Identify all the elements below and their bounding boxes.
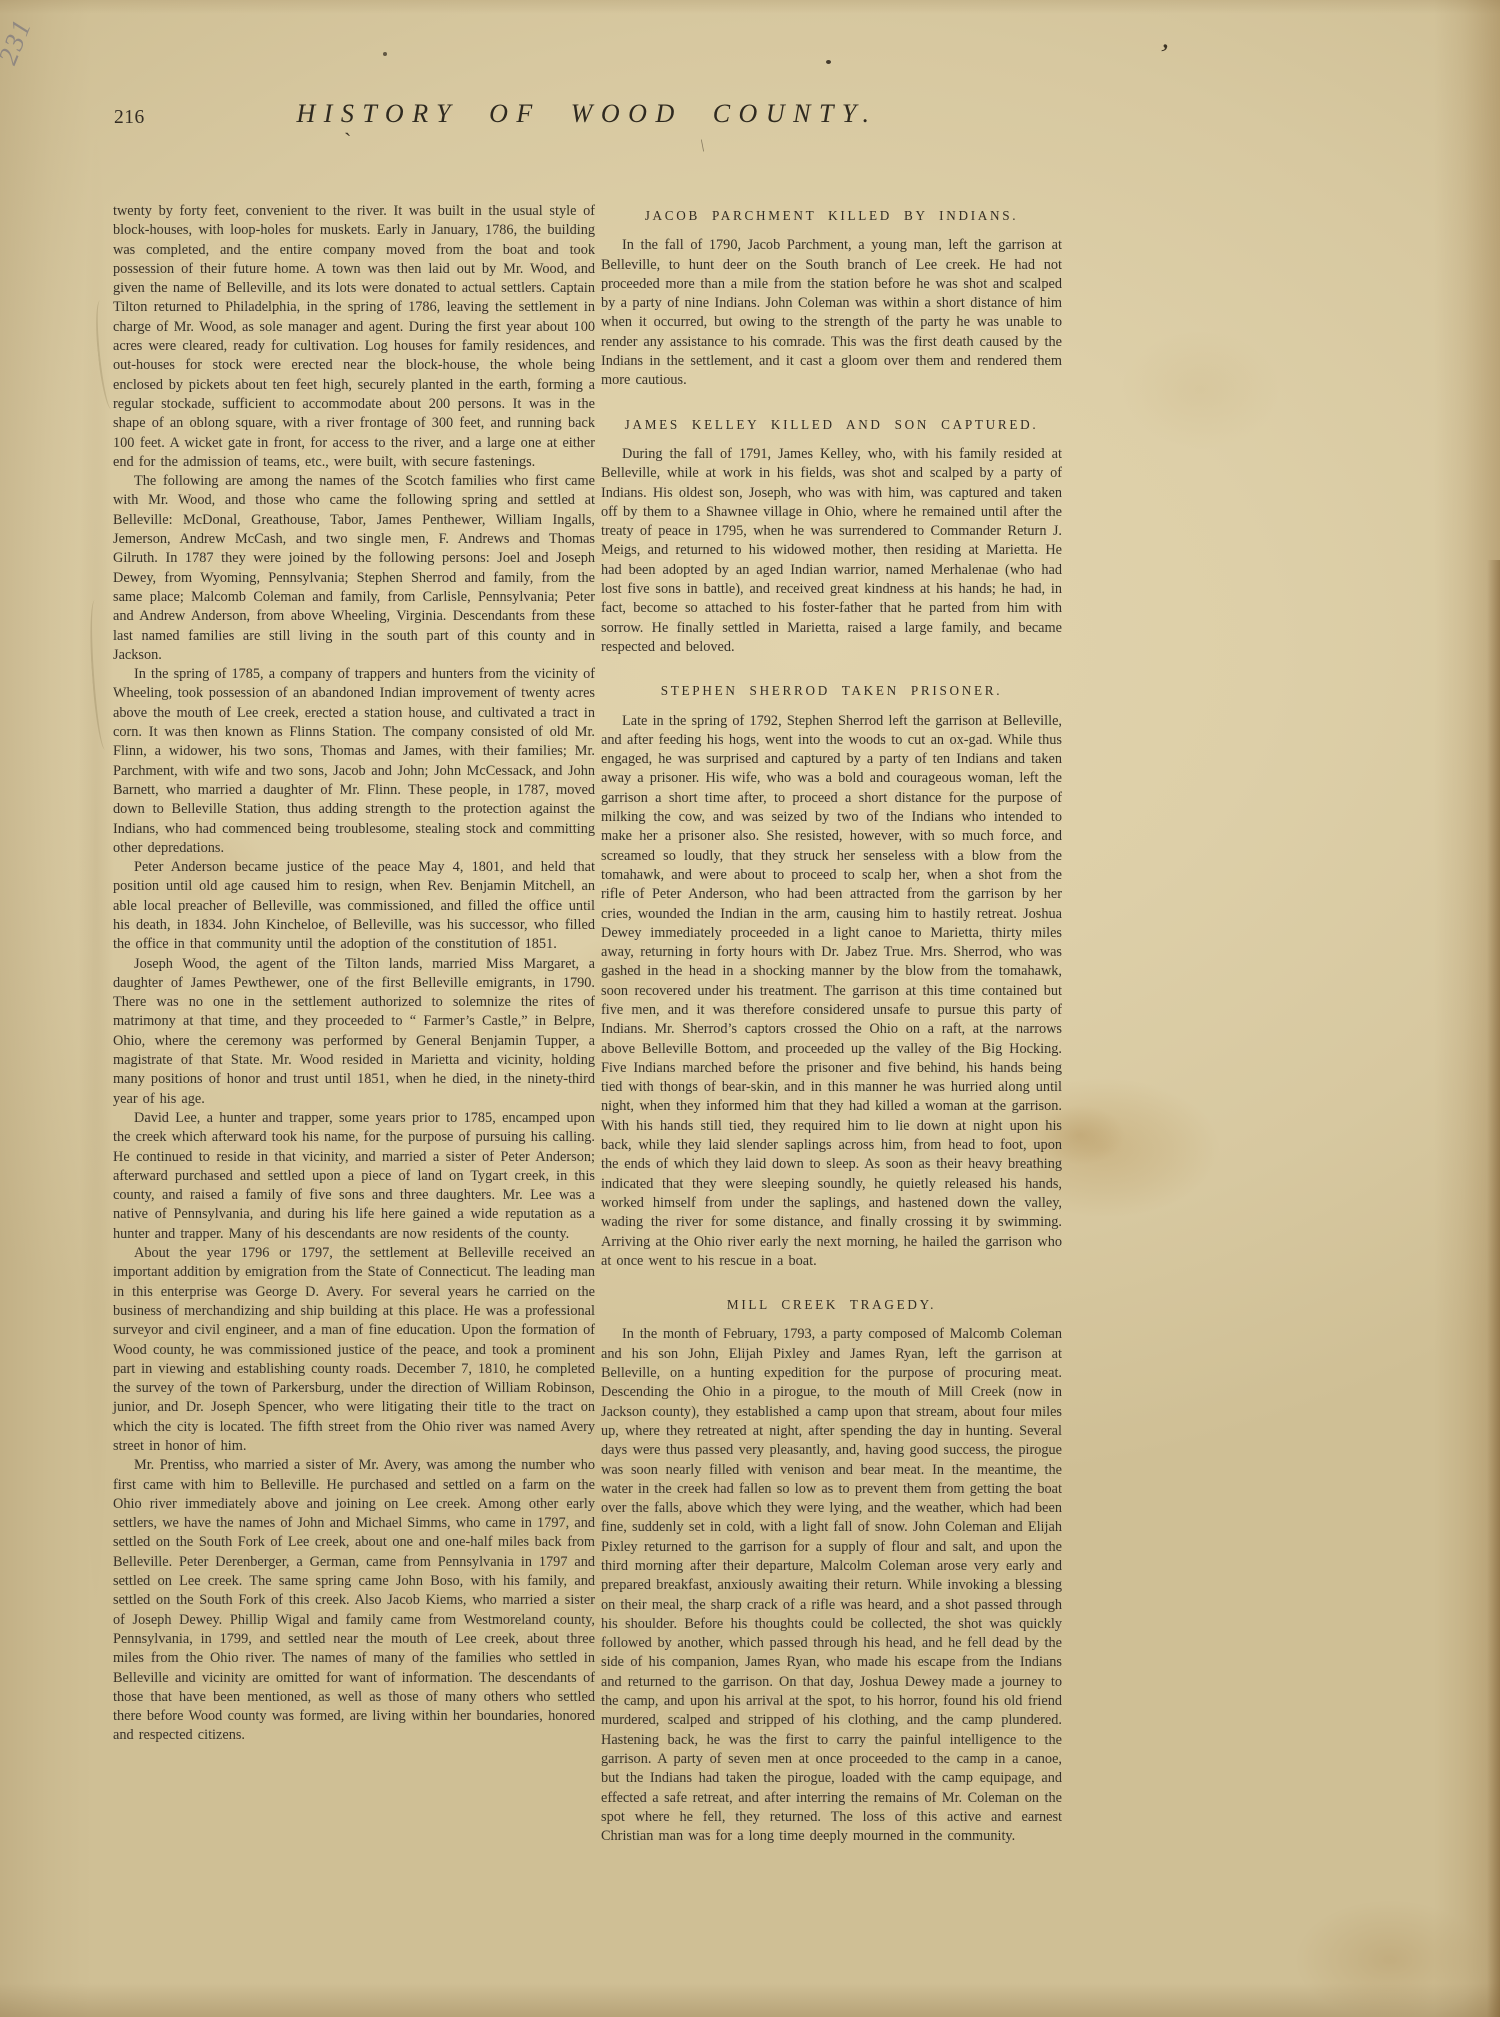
right-column: JACOB PARCHMENT KILLED BY INDIANS. In th… — [601, 202, 1062, 1846]
running-head: 216 HISTORY OF WOOD COUNTY. — [113, 99, 1061, 145]
paragraph: During the fall of 1791, James Kelley, w… — [601, 445, 1062, 657]
section-heading: MILL CREEK TRAGEDY. — [607, 1295, 1056, 1314]
paragraph: Late in the spring of 1792, Stephen Sher… — [601, 712, 1062, 1272]
right-edge-dark-sliver — [1487, 560, 1500, 2017]
paper-stain — [1295, 1900, 1485, 2017]
top-edge-shading — [0, 0, 1500, 14]
bottom-edge-shading — [0, 1983, 1500, 2017]
section-heading: JACOB PARCHMENT KILLED BY INDIANS. — [607, 206, 1056, 225]
paragraph: In the fall of 1790, Jacob Parchment, a … — [601, 236, 1062, 390]
page-number: 216 — [114, 107, 145, 129]
section-heading: JAMES KELLEY KILLED AND SON CAPTURED. — [607, 415, 1056, 434]
right-edge-shading — [1415, 0, 1500, 2017]
paragraph: The following are among the names of the… — [113, 472, 595, 665]
paragraph: Joseph Wood, the agent of the Tilton lan… — [113, 955, 595, 1109]
left-column: twenty by forty feet, convenient to the … — [113, 202, 595, 1746]
paragraph: David Lee, a hunter and trapper, some ye… — [113, 1109, 595, 1244]
paragraph: Mr. Prentiss, who married a sister of Mr… — [113, 1456, 595, 1745]
paragraph: In the spring of 1785, a company of trap… — [113, 665, 595, 858]
ink-speck — [383, 52, 387, 56]
paragraph: twenty by forty feet, convenient to the … — [113, 202, 595, 472]
pencil-annotation: 231 — [0, 14, 38, 69]
paragraph: In the month of February, 1793, a party … — [601, 1325, 1062, 1846]
gutter-shadow — [78, 120, 114, 1620]
section-heading: STEPHEN SHERROD TAKEN PRISONER. — [607, 681, 1056, 700]
ink-mark: ’ — [1154, 37, 1172, 72]
paragraph: About the year 1796 or 1797, the settlem… — [113, 1244, 595, 1456]
page-title: HISTORY OF WOOD COUNTY. — [113, 99, 1061, 129]
paragraph: Peter Anderson became justice of the pea… — [113, 858, 595, 954]
left-edge-shading — [0, 0, 115, 2017]
book-page-scan: ’ ` \ 231 216 HISTORY OF WOOD COUNTY. tw… — [0, 0, 1500, 2017]
paper-stain — [1120, 330, 1280, 450]
page-crease — [87, 600, 113, 751]
ink-speck — [826, 60, 831, 64]
